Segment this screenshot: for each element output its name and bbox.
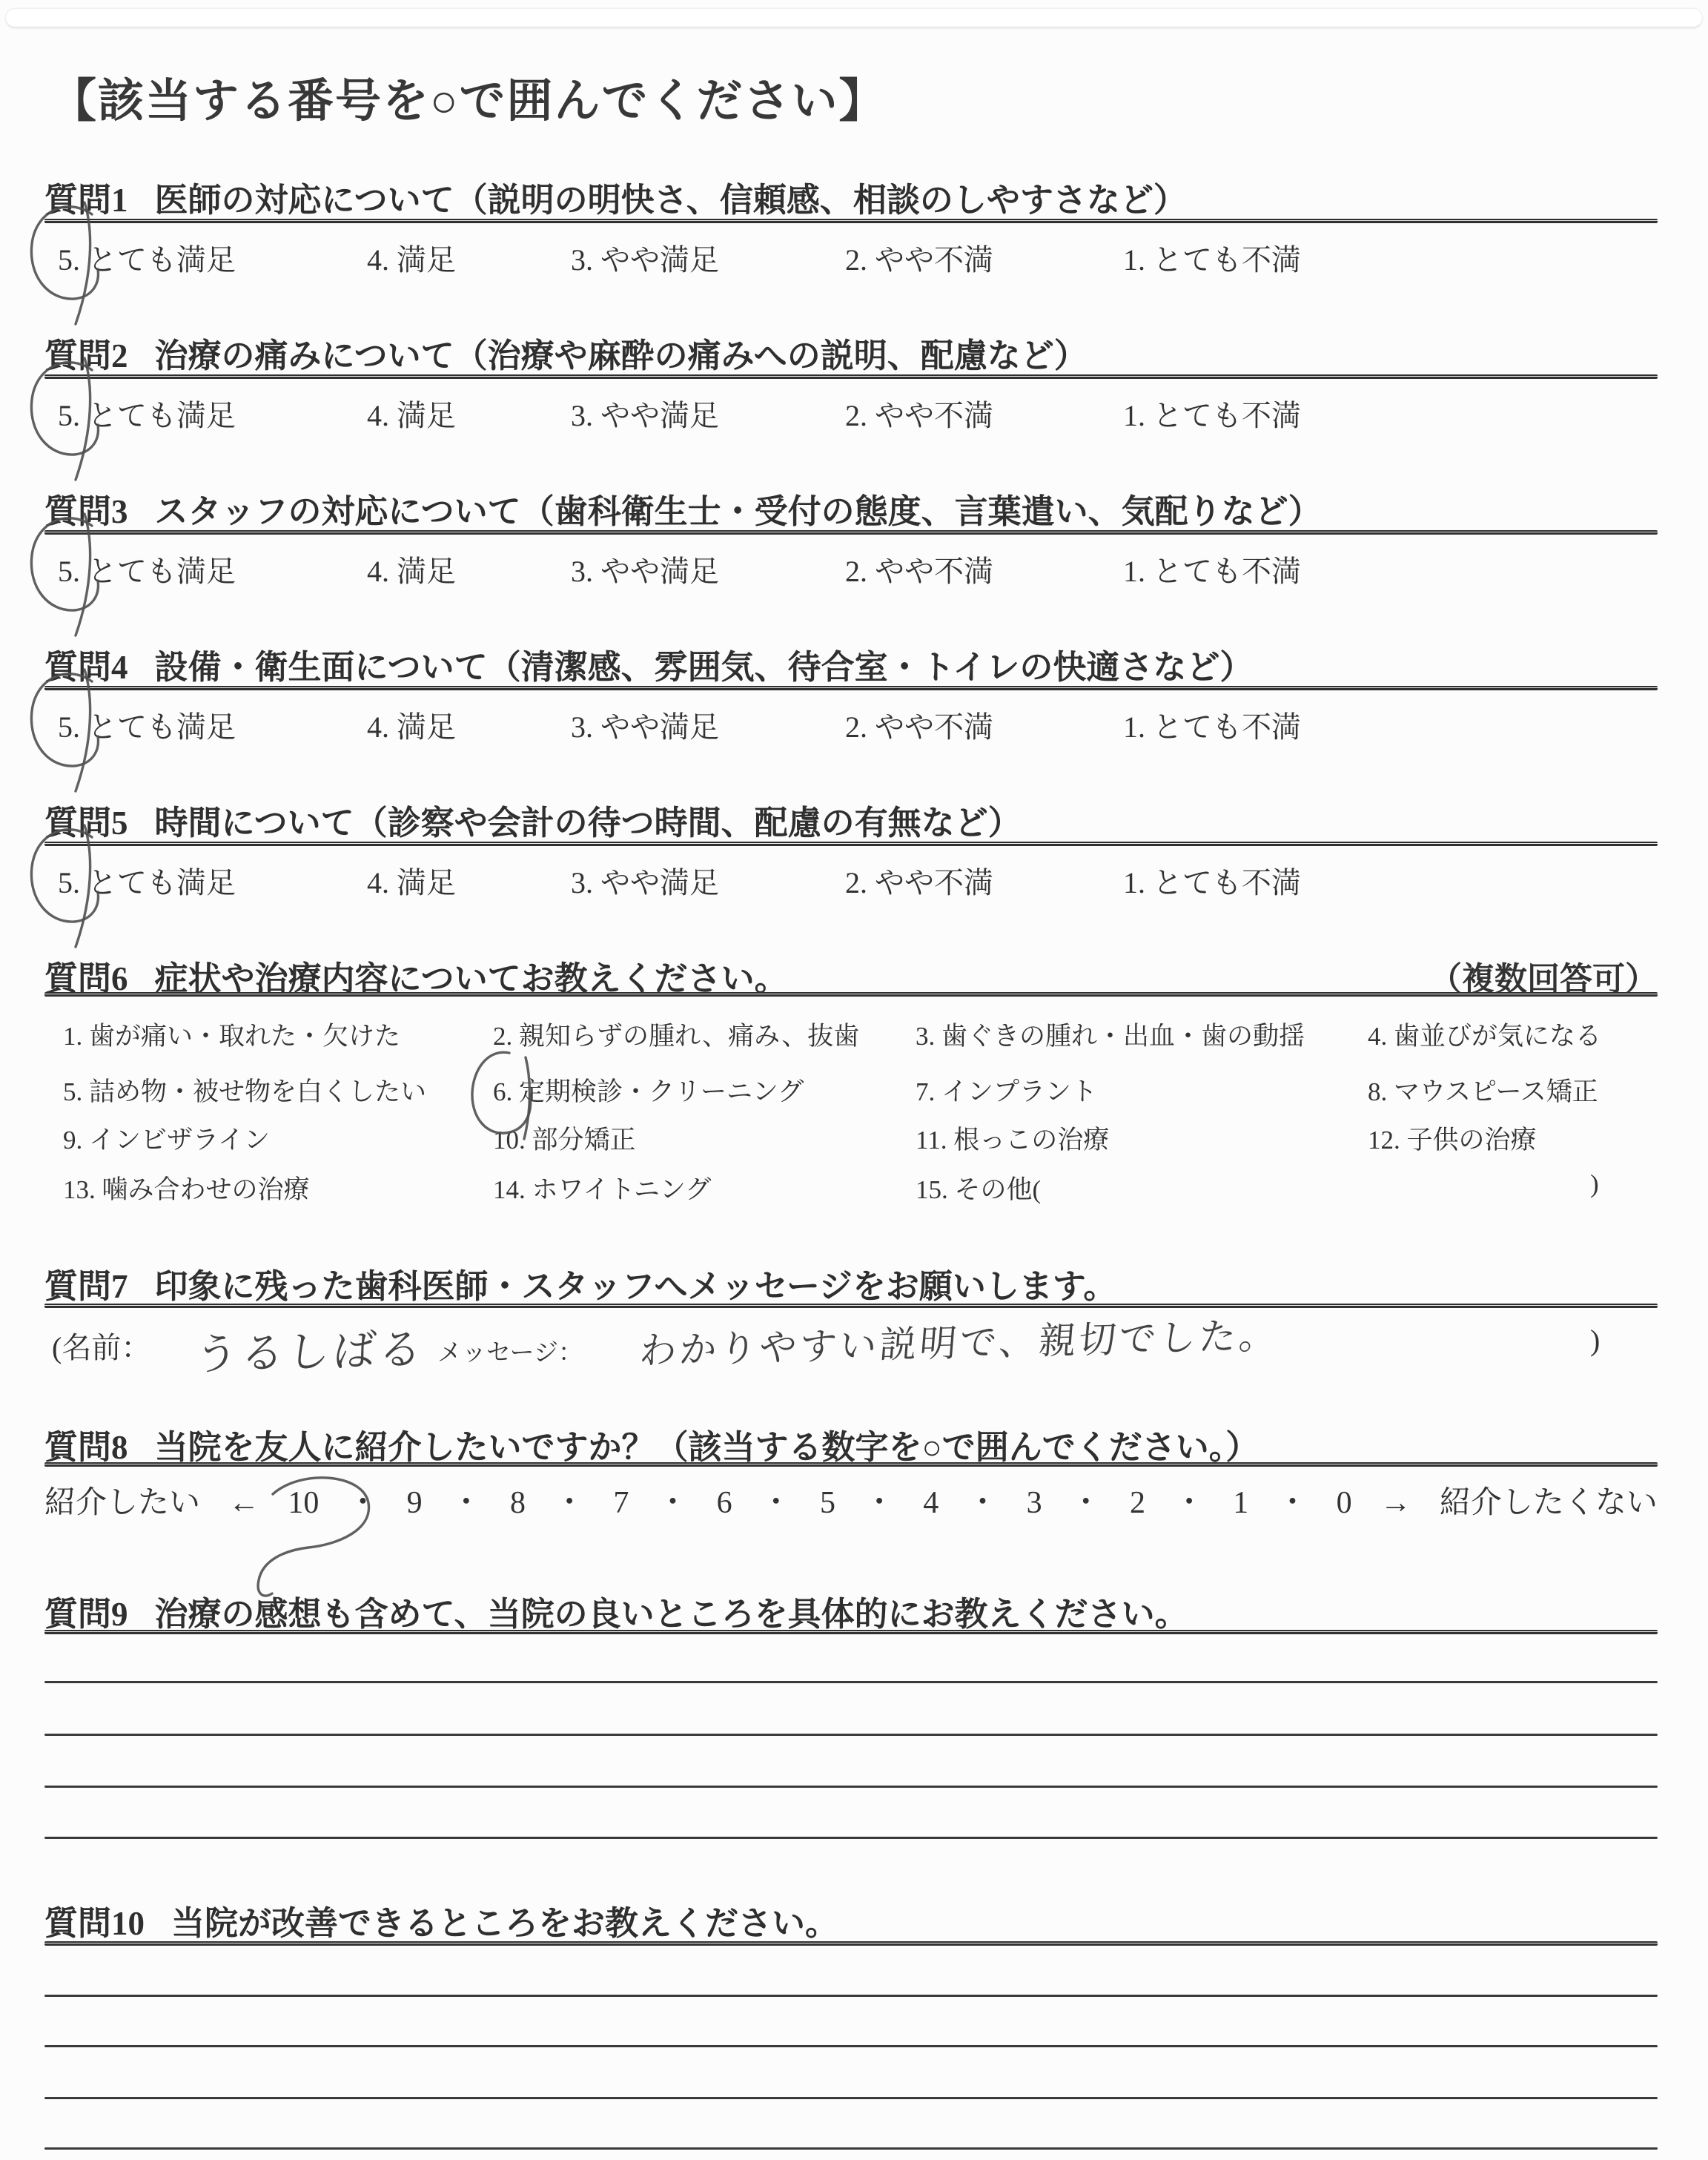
question-block-6: 質問6症状や治療内容についてお教えください。 （複数回答可） 1. 歯が痛い・取… <box>44 951 1658 1000</box>
question-number: 質問7 <box>44 1268 128 1305</box>
hand-drawn-circle-icon <box>21 188 125 328</box>
rating-options-row: 5. とても満足 4. 満足 3. やや満足 2. やや不満 1. とても不満 <box>44 237 1658 278</box>
question-block-5: 質問5時間について（診察や会計の待つ時間、配慮の有無など） 5. とても満足 4… <box>44 796 1658 844</box>
writing-line <box>44 1681 1658 1683</box>
question-5-heading: 質問5時間について（診察や会計の待つ時間、配慮の有無など） <box>44 796 1658 844</box>
symptom-item-5: 5. 詰め物・被せ物を白くしたい <box>63 1071 426 1109</box>
question-2-heading: 質問2治療の痛みについて（治療や麻酔の痛みへの説明、配慮など） <box>44 328 1658 377</box>
right-arrow-icon: → <box>1380 1485 1411 1521</box>
question-number: 質問9 <box>44 1596 128 1633</box>
page-title: 【該当する番号を○で囲んでください】 <box>50 64 886 130</box>
scale-right-label: 紹介したくない <box>1440 1478 1658 1522</box>
rating-option-2: 2. やや不満 <box>845 237 993 279</box>
rating-options-row: 5. とても満足 4. 満足 3. やや満足 2. やや不満 1. とても不満 <box>44 859 1658 901</box>
question-7-heading: 質問7印象に残った歯科医師・スタッフへメッセージをお願いします。 <box>44 1259 1658 1307</box>
rating-option-1: 1. とても不満 <box>1123 548 1301 590</box>
writing-line <box>44 2147 1658 2150</box>
writing-line <box>44 2045 1658 2047</box>
rating-option-4: 4. 満足 <box>367 392 456 435</box>
question-text: 当院を友人に紹介したいですか？（該当する数字を○で囲んでください。） <box>155 1429 1260 1466</box>
rating-options-row: 5. とても満足 4. 満足 3. やや満足 2. やや不満 1. とても不満 <box>44 548 1658 589</box>
question-8-heading: 質問8当院を友人に紹介したいですか？（該当する数字を○で囲んでください。） <box>44 1420 1658 1468</box>
rating-option-1: 1. とても不満 <box>1123 237 1301 279</box>
writing-line <box>44 1995 1658 1997</box>
handwritten-message: わかりやすい説明で、親切でした。 <box>638 1306 1282 1375</box>
rating-option-4: 4. 満足 <box>367 237 456 279</box>
question-number: 質問8 <box>44 1429 128 1466</box>
symptom-item-14: 14. ホワイトニング <box>493 1169 711 1206</box>
hand-drawn-circle-icon <box>21 343 125 484</box>
symptom-item-2: 2. 親知らずの腫れ、痛み、抜歯 <box>493 1016 859 1053</box>
question-10-heading: 質問10当院が改善できるところをお教えください。 <box>44 1896 1658 1944</box>
rating-option-4: 4. 満足 <box>367 548 456 590</box>
scale-dot: ・ <box>967 1478 998 1522</box>
question-text: 時間について（診察や会計の待つ時間、配慮の有無など） <box>155 805 1022 842</box>
hand-drawn-circle-icon <box>21 499 125 640</box>
scale-number-0: 0 <box>1337 1485 1352 1521</box>
symptom-item-9: 9. インビザライン <box>63 1120 270 1157</box>
symptom-item-7: 7. インプラント <box>916 1071 1097 1109</box>
rating-option-3: 3. やや満足 <box>571 704 719 746</box>
question-block-2: 質問2治療の痛みについて（治療や麻酔の痛みへの説明、配慮など） 5. とても満足… <box>44 328 1658 377</box>
symptom-item-3: 3. 歯ぐきの腫れ・出血・歯の動揺 <box>916 1016 1305 1053</box>
scale-number-5: 5 <box>820 1485 835 1521</box>
scale-number-6: 6 <box>717 1485 732 1521</box>
question-1-heading: 質問1医師の対応について（説明の明快さ、信頼感、相談のしやすさなど） <box>44 173 1658 221</box>
heading-underline <box>44 374 1658 379</box>
heading-underline <box>44 1304 1658 1308</box>
hand-drawn-circle-icon <box>246 1463 394 1596</box>
heading-underline <box>44 1941 1658 1946</box>
scale-dot: ・ <box>1070 1478 1102 1522</box>
question-block-1: 質問1医師の対応について（説明の明快さ、信頼感、相談のしやすさなど） 5. とて… <box>44 173 1658 221</box>
rating-option-1: 1. とても不満 <box>1123 704 1301 746</box>
question-text: 医師の対応について（説明の明快さ、信頼感、相談のしやすさなど） <box>155 182 1187 219</box>
scale-dot: ・ <box>1174 1478 1205 1522</box>
question-block-3: 質問3スタッフの対応について（歯科衛生士・受付の態度、言葉遣い、気配りなど） 5… <box>44 484 1658 532</box>
scale-number-1: 1 <box>1233 1485 1248 1521</box>
question-9-heading: 質問9治療の感想も含めて、当院の良いところを具体的にお教えください。 <box>44 1587 1658 1635</box>
rating-option-2: 2. やや不満 <box>845 392 993 435</box>
hand-drawn-circle-icon <box>21 655 125 796</box>
question-text: 当院が改善できるところをお教えください。 <box>171 1905 838 1942</box>
question-text: 印象に残った歯科医師・スタッフへメッセージをお願いします。 <box>155 1268 1117 1305</box>
question-3-heading: 質問3スタッフの対応について（歯科衛生士・受付の態度、言葉遣い、気配りなど） <box>44 484 1658 532</box>
question-text: 設備・衛生面について（清潔感、雰囲気、待合室・トイレの快適さなど） <box>155 649 1254 686</box>
writing-line <box>44 1837 1658 1839</box>
symptom-item-11: 11. 根っこの治療 <box>916 1120 1109 1157</box>
question-block-10: 質問10当院が改善できるところをお教えください。 <box>44 1896 1658 1944</box>
handwritten-name: うるしばる <box>193 1314 428 1382</box>
question-block-4: 質問4設備・衛生面について（清潔感、雰囲気、待合室・トイレの快適さなど） 5. … <box>44 640 1658 688</box>
question-text: スタッフの対応について（歯科衛生士・受付の態度、言葉遣い、気配りなど） <box>155 493 1322 530</box>
rating-option-2: 2. やや不満 <box>845 704 993 746</box>
scale-dot: ・ <box>554 1478 585 1522</box>
scale-number-3: 3 <box>1027 1485 1042 1521</box>
hand-drawn-circle-icon <box>463 1044 545 1144</box>
question-block-7: 質問7印象に残った歯科医師・スタッフへメッセージをお願いします。 (名前： うる… <box>44 1259 1658 1307</box>
heading-underline <box>44 530 1658 535</box>
other-close-paren: ) <box>1590 1169 1599 1199</box>
rating-options-row: 5. とても満足 4. 満足 3. やや満足 2. やや不満 1. とても不満 <box>44 392 1658 434</box>
symptom-item-15: 15. その他( <box>916 1169 1041 1206</box>
question-text: 治療の痛みについて（治療や麻酔の痛みへの説明、配慮など） <box>155 337 1088 374</box>
question-number: 質問10 <box>44 1905 145 1942</box>
symptom-item-13: 13. 噛み合わせの治療 <box>63 1169 310 1206</box>
open-paren: ( <box>52 1331 62 1364</box>
writing-line <box>44 2097 1658 2099</box>
question-4-heading: 質問4設備・衛生面について（清潔感、雰囲気、待合室・トイレの快適さなど） <box>44 640 1658 688</box>
heading-underline <box>44 842 1658 846</box>
heading-underline <box>44 219 1658 223</box>
scale-number-9: 9 <box>407 1485 423 1521</box>
scale-dot: ・ <box>657 1478 688 1522</box>
rating-option-2: 2. やや不満 <box>845 548 993 590</box>
symptom-item-12: 12. 子供の治療 <box>1368 1120 1537 1157</box>
rating-options-row: 5. とても満足 4. 満足 3. やや満足 2. やや不満 1. とても不満 <box>44 704 1658 745</box>
symptom-item-4: 4. 歯並びが気になる <box>1368 1016 1601 1053</box>
scale-number-7: 7 <box>613 1485 629 1521</box>
rating-option-3: 3. やや満足 <box>571 859 719 902</box>
heading-underline <box>44 686 1658 690</box>
rating-option-4: 4. 満足 <box>367 704 456 746</box>
scale-dot: ・ <box>1277 1478 1308 1522</box>
hand-drawn-circle-icon <box>21 810 125 951</box>
scale-dot: ・ <box>451 1478 482 1522</box>
heading-underline <box>44 1630 1658 1634</box>
scan-edge-artifact <box>6 9 1702 27</box>
question-text: 治療の感想も含めて、当院の良いところを具体的にお教えください。 <box>155 1596 1188 1633</box>
question-block-9: 質問9治療の感想も含めて、当院の良いところを具体的にお教えください。 <box>44 1587 1658 1635</box>
question-block-8: 質問8当院を友人に紹介したいですか？（該当する数字を○で囲んでください。） 紹介… <box>44 1420 1658 1468</box>
close-paren: ) <box>1590 1323 1600 1358</box>
scale-number-2: 2 <box>1130 1485 1145 1521</box>
rating-option-3: 3. やや満足 <box>571 548 719 590</box>
name-field-label: (名前： <box>52 1324 150 1367</box>
scale-number-8: 8 <box>510 1485 526 1521</box>
name-label: 名前： <box>62 1331 150 1364</box>
scale-dot: ・ <box>864 1478 895 1522</box>
writing-line <box>44 1786 1658 1788</box>
rating-option-2: 2. やや不満 <box>845 859 993 902</box>
writing-line <box>44 1734 1658 1736</box>
rating-option-1: 1. とても不満 <box>1123 859 1301 902</box>
heading-underline <box>44 992 1658 997</box>
scale-number-4: 4 <box>923 1485 939 1521</box>
scale-left-label: 紹介したい <box>44 1478 200 1522</box>
rating-option-3: 3. やや満足 <box>571 392 719 435</box>
scale-dot: ・ <box>761 1478 792 1522</box>
symptom-item-8: 8. マウスピース矯正 <box>1368 1071 1598 1109</box>
message-field-label: メッセージ： <box>437 1333 583 1368</box>
rating-option-4: 4. 満足 <box>367 859 456 902</box>
rating-option-1: 1. とても不満 <box>1123 392 1301 435</box>
rating-option-3: 3. やや満足 <box>571 237 719 279</box>
symptom-item-1: 1. 歯が痛い・取れた・欠けた <box>63 1016 400 1053</box>
